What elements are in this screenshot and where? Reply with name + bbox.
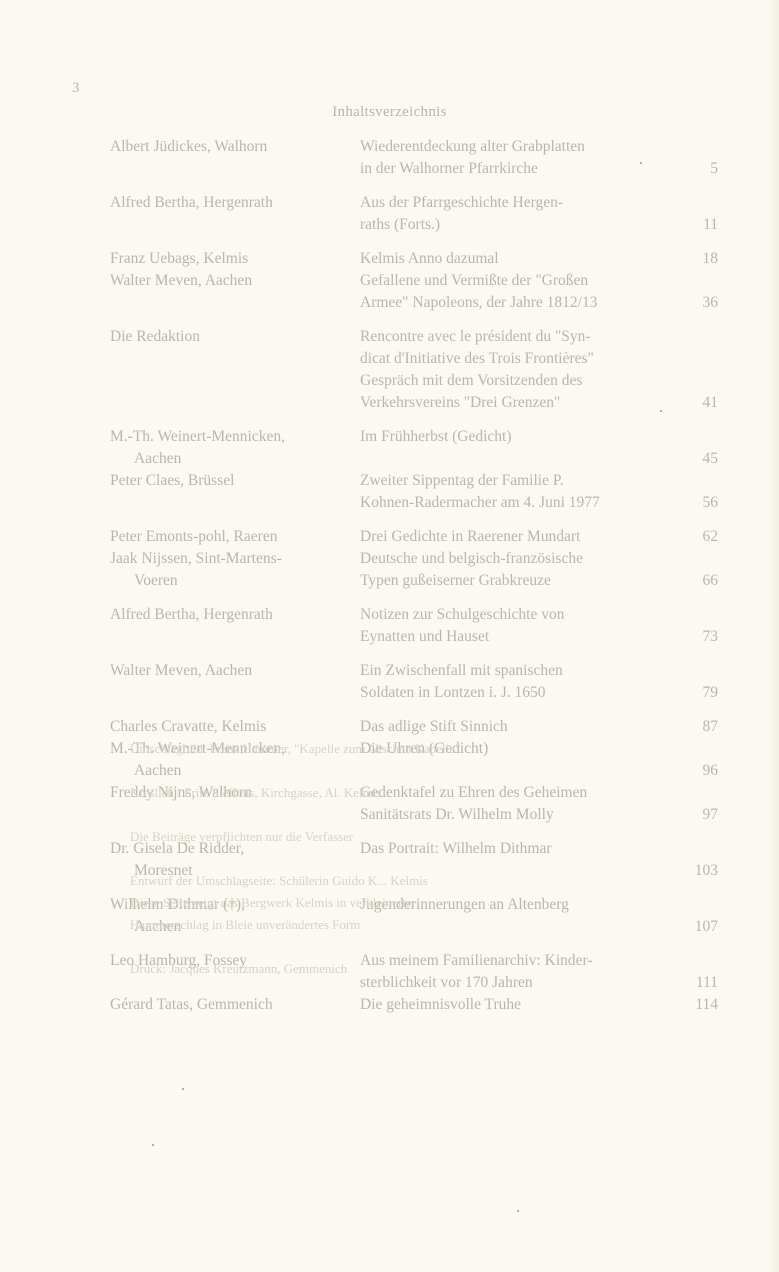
author-location: Voeren: [110, 570, 352, 592]
speck: [640, 162, 642, 164]
toc-page-number: 103: [660, 860, 720, 882]
toc-title: Zweiter Sippentag der Familie P.Kohnen-R…: [360, 470, 660, 514]
toc-page-number: 111: [660, 972, 720, 994]
toc-author: Peter Claes, Brüssel: [110, 470, 360, 514]
entry-gap: [110, 236, 720, 248]
page-title: Inhaltsverzeichnis: [0, 104, 779, 121]
toc-title: Gefallene und Vermißte der "GroßenArmee"…: [360, 270, 660, 314]
toc-entry: Albert Jüdickes, WalhornWiederentdeckung…: [110, 136, 720, 180]
title-line: Rencontre avec le président du "Syn-: [360, 326, 660, 348]
title-line: Zweiter Sippentag der Familie P.: [360, 470, 660, 492]
imprint-line: Kreslich : Fritz Steffens, Kirchgasse, A…: [130, 782, 460, 804]
title-line: Die geheimnisvolle Truhe: [360, 994, 660, 1016]
toc-author: Alfred Bertha, Hergenrath: [110, 192, 360, 236]
author-name: Alfred Bertha, Hergenrath: [110, 606, 273, 623]
author-name: Charles Cravatte, Kelmis: [110, 718, 266, 735]
entry-gap: [110, 314, 720, 326]
author-name: M.-Th. Weinert-Mennicken,: [110, 428, 285, 445]
imprint-line: Diese Seite zeigt das Bergwerk Kelmis in…: [130, 892, 460, 914]
speck: [660, 410, 662, 412]
page-number: 3: [72, 80, 80, 97]
toc-entry: Alfred Bertha, HergenrathNotizen zur Sch…: [110, 604, 720, 648]
toc-author: Franz Uebags, Kelmis: [110, 248, 360, 270]
entry-gap: [110, 704, 720, 716]
toc-title: Deutsche und belgisch-französischeTypen …: [360, 548, 660, 592]
title-line: Wiederentdeckung alter Grabplatten: [360, 136, 660, 158]
title-line: dicat d'Initiative des Trois Frontières": [360, 348, 660, 370]
toc-title: Das adlige Stift Sinnich: [360, 716, 660, 738]
toc-page-number: 62: [660, 526, 720, 548]
toc-page-number: 87: [660, 716, 720, 738]
toc-entry: M.-Th. Weinert-Mennicken,AachenIm Frühhe…: [110, 426, 720, 470]
toc-entry: Jaak Nijssen, Sint-Martens-VoerenDeutsch…: [110, 548, 720, 592]
author-name: Peter Claes, Brüssel: [110, 472, 234, 489]
entry-gap: [110, 180, 720, 192]
author-name: Die Redaktion: [110, 328, 200, 345]
toc-page-number: 56: [660, 492, 720, 514]
speck: [517, 1210, 519, 1212]
entry-gap: [110, 414, 720, 426]
toc-entry: Walter Meven, AachenGefallene und Vermiß…: [110, 270, 720, 314]
toc-title: Die geheimnisvolle Truhe: [360, 994, 660, 1016]
speck: [182, 1088, 184, 1090]
toc-entry: Alfred Bertha, HergenrathAus der Pfarrge…: [110, 192, 720, 236]
toc-title: Ein Zwischenfall mit spanischenSoldaten …: [360, 660, 660, 704]
toc-entry: Gérard Tatas, GemmenichDie geheimnisvoll…: [110, 994, 720, 1016]
toc-entry: Franz Uebags, KelmisKelmis Anno dazumal1…: [110, 248, 720, 270]
author-name: Gérard Tatas, Gemmenich: [110, 996, 273, 1013]
toc-page-number: 11: [660, 214, 720, 236]
author-location: Aachen: [110, 448, 352, 470]
toc-author: Walter Meven, Aachen: [110, 270, 360, 314]
entry-gap: [110, 514, 720, 526]
title-line: Kelmis Anno dazumal: [360, 248, 660, 270]
imprint-line: Hammerschlag in Bleie unverändertes Form: [130, 914, 460, 936]
imprint-line: [130, 760, 460, 782]
toc-title: Wiederentdeckung alter Grabplattenin der…: [360, 136, 660, 180]
title-line: Deutsche und belgisch-französische: [360, 548, 660, 570]
speck: [152, 1144, 154, 1146]
title-line: Gespräch mit dem Vorsitzenden des: [360, 370, 660, 392]
imprint-line: Druck: Jacques Kreutzmann, Gemmenich: [130, 958, 460, 980]
toc-page-number: 114: [660, 994, 720, 1016]
toc-author: Alfred Bertha, Hergenrath: [110, 604, 360, 648]
imprint-line: Entwurf der Umschlagseite: Schülerin Gui…: [130, 870, 460, 892]
entry-gap: [110, 648, 720, 660]
toc-page-number: 45: [660, 448, 720, 470]
toc-entry: Peter Claes, BrüsselZweiter Sippentag de…: [110, 470, 720, 514]
imprint-line: Umschlagbild: Franz Hammer, "Kapelle zum…: [130, 738, 460, 760]
author-name: Albert Jüdickes, Walhorn: [110, 138, 267, 155]
toc-page-number: 73: [660, 626, 720, 648]
toc-page-number: 97: [660, 804, 720, 826]
title-line: Notizen zur Schulgeschichte von: [360, 604, 660, 626]
toc-author: Jaak Nijssen, Sint-Martens-Voeren: [110, 548, 360, 592]
toc-page-number: 96: [660, 760, 720, 782]
toc-page-number: 5: [660, 158, 720, 180]
toc-author: Die Redaktion: [110, 326, 360, 414]
toc-author: Gérard Tatas, Gemmenich: [110, 994, 360, 1016]
toc-author: Charles Cravatte, Kelmis: [110, 716, 360, 738]
title-line: Aus der Pfarrgeschichte Hergen-: [360, 192, 660, 214]
author-name: Walter Meven, Aachen: [110, 272, 252, 289]
toc-author: M.-Th. Weinert-Mennicken,Aachen: [110, 426, 360, 470]
title-line: Armee" Napoleons, der Jahre 1812/13: [360, 292, 660, 314]
toc-entry: Charles Cravatte, KelmisDas adlige Stift…: [110, 716, 720, 738]
toc-page-number: 79: [660, 682, 720, 704]
imprint-line: Die Beiträge verpflichten nur die Verfas…: [130, 826, 460, 848]
entry-gap: [110, 592, 720, 604]
toc-entry: Walter Meven, AachenEin Zwischenfall mit…: [110, 660, 720, 704]
title-line: Eynatten und Hauset: [360, 626, 660, 648]
toc-title: Drei Gedichte in Raerener Mundart: [360, 526, 660, 548]
author-name: Alfred Bertha, Hergenrath: [110, 194, 273, 211]
toc-title: Im Frühherbst (Gedicht): [360, 426, 660, 470]
author-name: Jaak Nijssen, Sint-Martens-: [110, 550, 282, 567]
title-line: Kohnen-Radermacher am 4. Juni 1977: [360, 492, 660, 514]
imprint-line: [130, 848, 460, 870]
toc-author: Peter Emonts-pohl, Raeren: [110, 526, 360, 548]
author-name: Franz Uebags, Kelmis: [110, 250, 248, 267]
title-line: Im Frühherbst (Gedicht): [360, 426, 660, 448]
toc-page-number: 41: [660, 392, 720, 414]
title-line: Ein Zwischenfall mit spanischen: [360, 660, 660, 682]
toc-page-number: 18: [660, 248, 720, 270]
toc-entry: Peter Emonts-pohl, RaerenDrei Gedichte i…: [110, 526, 720, 548]
title-line: Drei Gedichte in Raerener Mundart: [360, 526, 660, 548]
toc-author: Albert Jüdickes, Walhorn: [110, 136, 360, 180]
title-line: Das adlige Stift Sinnich: [360, 716, 660, 738]
toc-author: Walter Meven, Aachen: [110, 660, 360, 704]
title-line: Typen gußeiserner Grabkreuze: [360, 570, 660, 592]
imprint-line: [130, 936, 460, 958]
title-line: in der Walhorner Pfarrkirche: [360, 158, 660, 180]
toc-title: Notizen zur Schulgeschichte vonEynatten …: [360, 604, 660, 648]
toc-entry: Die RedaktionRencontre avec le président…: [110, 326, 720, 414]
toc-title: Rencontre avec le président du "Syn-dica…: [360, 326, 660, 414]
author-name: Walter Meven, Aachen: [110, 662, 252, 679]
toc-page-number: 107: [660, 916, 720, 938]
imprint-block: Umschlagbild: Franz Hammer, "Kapelle zum…: [130, 738, 460, 980]
title-line: Verkehrsvereins "Drei Grenzen": [360, 392, 660, 414]
toc-page-number: 36: [660, 292, 720, 314]
title-line: Soldaten in Lontzen i. J. 1650: [360, 682, 660, 704]
imprint-line: [130, 804, 460, 826]
toc-page-number: 66: [660, 570, 720, 592]
page-edge-shadow: [767, 0, 779, 1272]
title-line: Gefallene und Vermißte der "Großen: [360, 270, 660, 292]
author-name: Peter Emonts-pohl, Raeren: [110, 528, 277, 545]
title-line: raths (Forts.): [360, 214, 660, 236]
toc-title: Aus der Pfarrgeschichte Hergen-raths (Fo…: [360, 192, 660, 236]
toc-title: Kelmis Anno dazumal: [360, 248, 660, 270]
